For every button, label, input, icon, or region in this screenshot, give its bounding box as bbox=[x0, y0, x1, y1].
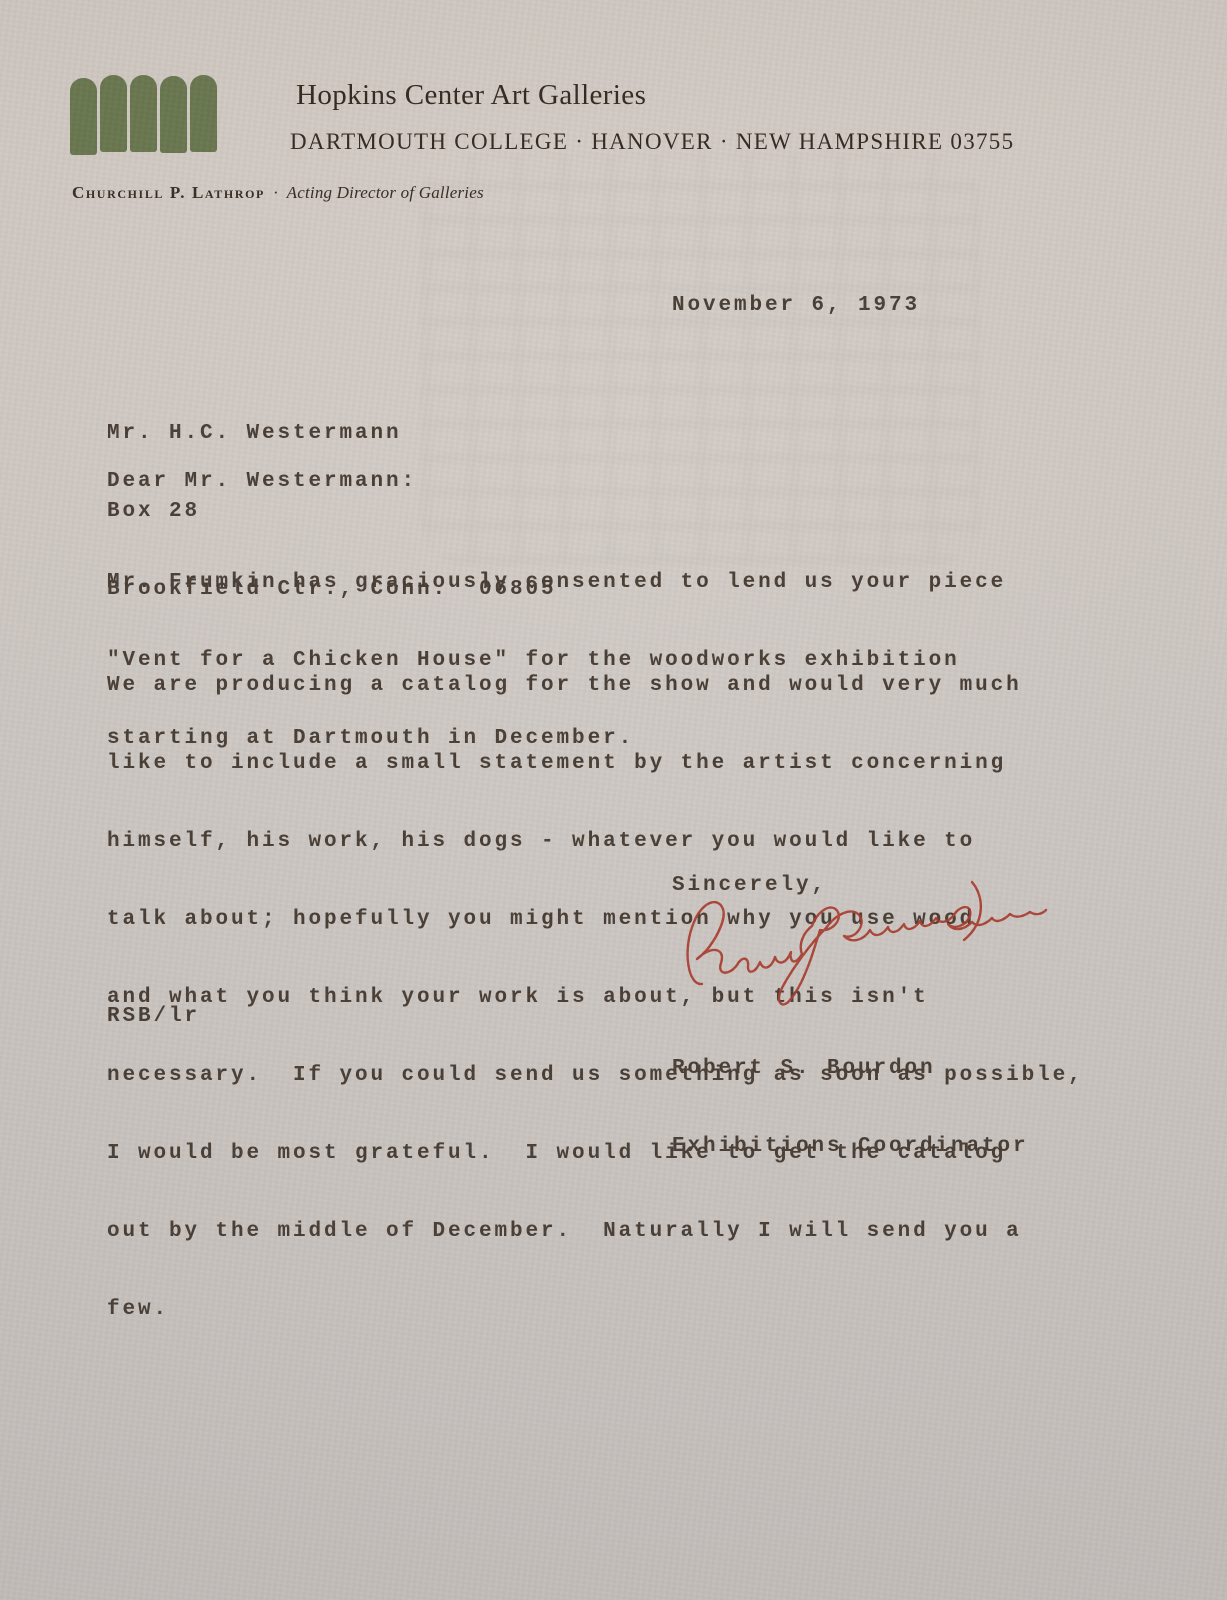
letterhead-director-line: Churchill P. Lathrop·Acting Director of … bbox=[72, 183, 484, 203]
typist-reference: RSB/lr bbox=[107, 1004, 200, 1030]
signer-title: Exhibitions Coordinator bbox=[672, 1134, 1029, 1160]
body-line: We are producing a catalog for the show … bbox=[107, 673, 1084, 699]
arch-bar-icon bbox=[190, 75, 217, 152]
scanned-letter-page: Hopkins Center Art Galleries DARTMOUTH C… bbox=[0, 0, 1227, 1600]
director-name: Churchill P. Lathrop bbox=[72, 183, 265, 202]
signature-robert-s-bourdon bbox=[650, 866, 1050, 1016]
director-separator-dot: · bbox=[265, 183, 287, 202]
arch-bar-icon bbox=[130, 75, 157, 152]
signature-stroke bbox=[688, 902, 1046, 1004]
director-title: Acting Director of Galleries bbox=[287, 183, 484, 202]
letterhead-title: Hopkins Center Art Galleries bbox=[296, 81, 646, 110]
signature-block: Robert S. Bourdon Exhibitions Coordinato… bbox=[672, 1004, 1029, 1212]
body-line: like to include a small statement by the… bbox=[107, 751, 1084, 777]
arch-bar-icon bbox=[100, 75, 127, 152]
body-line: out by the middle of December. Naturally… bbox=[107, 1219, 1084, 1245]
signer-name: Robert S. Bourdon bbox=[672, 1056, 1029, 1082]
letterhead-address-line: DARTMOUTH COLLEGE · HANOVER · NEW HAMPSH… bbox=[290, 130, 1014, 153]
letter-date: November 6, 1973 bbox=[672, 293, 920, 319]
body-line: Mr. Frumkin has graciously consented to … bbox=[107, 570, 1006, 596]
salutation: Dear Mr. Westermann: bbox=[107, 469, 417, 495]
arch-bar-icon bbox=[70, 78, 97, 155]
arch-bar-icon bbox=[160, 76, 187, 153]
body-line: himself, his work, his dogs - whatever y… bbox=[107, 829, 1084, 855]
hopkins-center-arches-logo bbox=[70, 75, 217, 153]
body-line: few. bbox=[107, 1297, 1084, 1323]
signature-flourish-stroke bbox=[964, 882, 981, 940]
recipient-name: Mr. H.C. Westermann bbox=[107, 421, 557, 447]
